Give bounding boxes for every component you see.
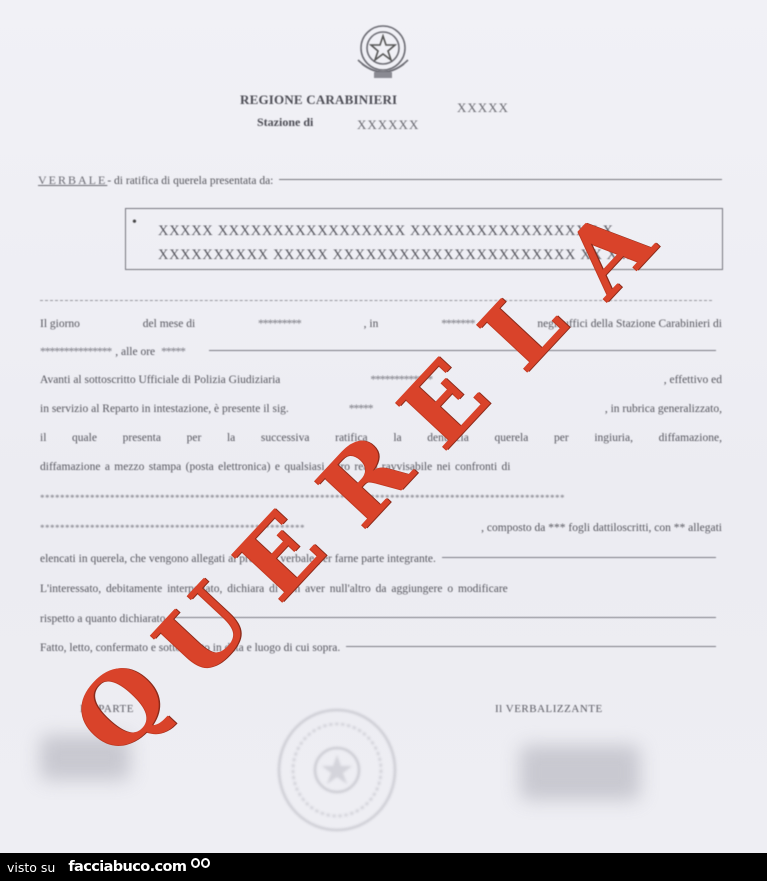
- body-line-11: rispetto a quanto dichiarato.: [40, 613, 722, 625]
- underline-rule: [174, 617, 716, 618]
- header-title: REGIONE CARABINIERI: [240, 92, 397, 108]
- facciabuco-eyes-icon: [191, 858, 210, 868]
- text: , composto da *** fogli dattiloscritti, …: [481, 522, 722, 534]
- footer-visto-label: visto su: [7, 860, 55, 875]
- blank-name: *****: [349, 403, 373, 415]
- blurred-signature-party: [40, 735, 130, 780]
- text: la: [227, 432, 235, 444]
- text: diffamazione a mezzo stampa (posta elett…: [40, 461, 510, 473]
- body-line-2: *************** , alle ore *****: [40, 346, 722, 358]
- querela-stamp: QUERELA: [60, 190, 700, 770]
- underline-rule: [279, 179, 722, 180]
- text: Fatto, letto, confermato e sottoscritto …: [40, 642, 340, 654]
- text: , in: [364, 318, 379, 330]
- footer-brand-link[interactable]: facciabuco.com: [68, 859, 186, 875]
- blank-accused-cont: ****************************************…: [40, 523, 305, 533]
- body-line-9: elencati in querela, che vengono allegat…: [40, 553, 722, 565]
- text: Il giorno: [40, 318, 80, 330]
- complainant-line-1: XXXXX XXXXXXXXXXXXXXXXX XXXXXXXXXXXXXXXX…: [158, 223, 614, 240]
- text: , in rubrica generalizzato,: [605, 403, 722, 415]
- header-title-placeholder: XXXXX: [457, 100, 509, 116]
- station-label: Stazione di: [257, 115, 313, 130]
- underline-rule: [346, 646, 716, 647]
- body-line-12: Fatto, letto, confermato e sottoscritto …: [40, 642, 722, 654]
- blank-time: *****: [161, 346, 185, 358]
- text: rispetto a quanto dichiarato.: [40, 613, 168, 625]
- blurred-signature-officer: [520, 745, 640, 800]
- body-line-4: in servizio al Reparto in intestazione, …: [40, 403, 722, 415]
- station-placeholder: XXXXXX: [357, 117, 419, 133]
- blank-accused: ****************************************…: [40, 493, 565, 503]
- text: presenta: [123, 432, 161, 444]
- underline-rule: [442, 557, 716, 558]
- body-line-1: Il giorno del mese di ********* , in ***…: [40, 318, 722, 330]
- body-line-5: ilqualepresentaperlasuccessivaratificala…: [40, 432, 722, 444]
- text: la: [393, 432, 401, 444]
- official-seal-icon: [272, 705, 402, 835]
- document-page: REGIONE CARABINIERI XXXXX Stazione di XX…: [0, 0, 767, 853]
- verbale-subtitle: - di ratifica di querela presentata da:: [107, 175, 273, 187]
- blank-station: ***************: [40, 346, 111, 358]
- text: ingiuria,: [594, 432, 633, 444]
- bullet: •: [132, 215, 137, 231]
- blank-officer: *************: [370, 374, 432, 386]
- verbale-heading: VERBALE - di ratifica di querela present…: [38, 173, 722, 188]
- signature-label-officer: Il VERBALIZZANTE: [495, 703, 603, 715]
- body-line-8: ****************************************…: [40, 522, 722, 534]
- text: quale: [72, 432, 97, 444]
- text: elencati in querela, che vengono allegat…: [40, 553, 436, 565]
- text: successiva: [261, 432, 310, 444]
- dashed-separator: [40, 300, 712, 301]
- complainant-box: • XXXXX XXXXXXXXXXXXXXXXX XXXXXXXXXXXXXX…: [125, 208, 723, 270]
- underline-rule: [209, 350, 716, 351]
- verbale-title: VERBALE: [38, 173, 107, 188]
- text: per: [187, 432, 202, 444]
- text: in servizio al Reparto in intestazione, …: [40, 403, 289, 415]
- italian-republic-emblem-icon: [348, 18, 418, 84]
- text: querela: [494, 432, 528, 444]
- text: del mese di: [143, 318, 195, 330]
- blank-day: *********: [258, 318, 301, 330]
- complainant-line-2: XXXXXXXXXX XXXXX XXXXXXXXXXXXXXXXXXXXXX …: [158, 247, 630, 264]
- body-line-10: L'interessato, debitamente interpellato,…: [40, 583, 722, 595]
- text: per: [554, 432, 569, 444]
- text: ratifica: [335, 432, 368, 444]
- text: il: [40, 432, 46, 444]
- text: , alle ore: [115, 346, 155, 358]
- blank-place: *******: [441, 318, 474, 330]
- body-line-3: Avanti al sottoscritto Ufficiale di Poli…: [40, 374, 722, 386]
- text: , effettivo ed: [664, 374, 722, 386]
- watermark-footer: visto su facciabuco.com: [0, 853, 767, 881]
- body-line-7: ****************************************…: [40, 493, 722, 503]
- text: denuncia: [427, 432, 469, 444]
- text: diffamazione,: [659, 432, 722, 444]
- text: L'interessato, debitamente interpellato,…: [40, 583, 508, 595]
- body-line-6: diffamazione a mezzo stampa (posta elett…: [40, 461, 722, 473]
- text: negli uffici della Stazione Carabinieri …: [537, 318, 722, 330]
- text: Avanti al sottoscritto Ufficiale di Poli…: [40, 374, 280, 386]
- signature-label-party: LA PARTE: [80, 703, 134, 715]
